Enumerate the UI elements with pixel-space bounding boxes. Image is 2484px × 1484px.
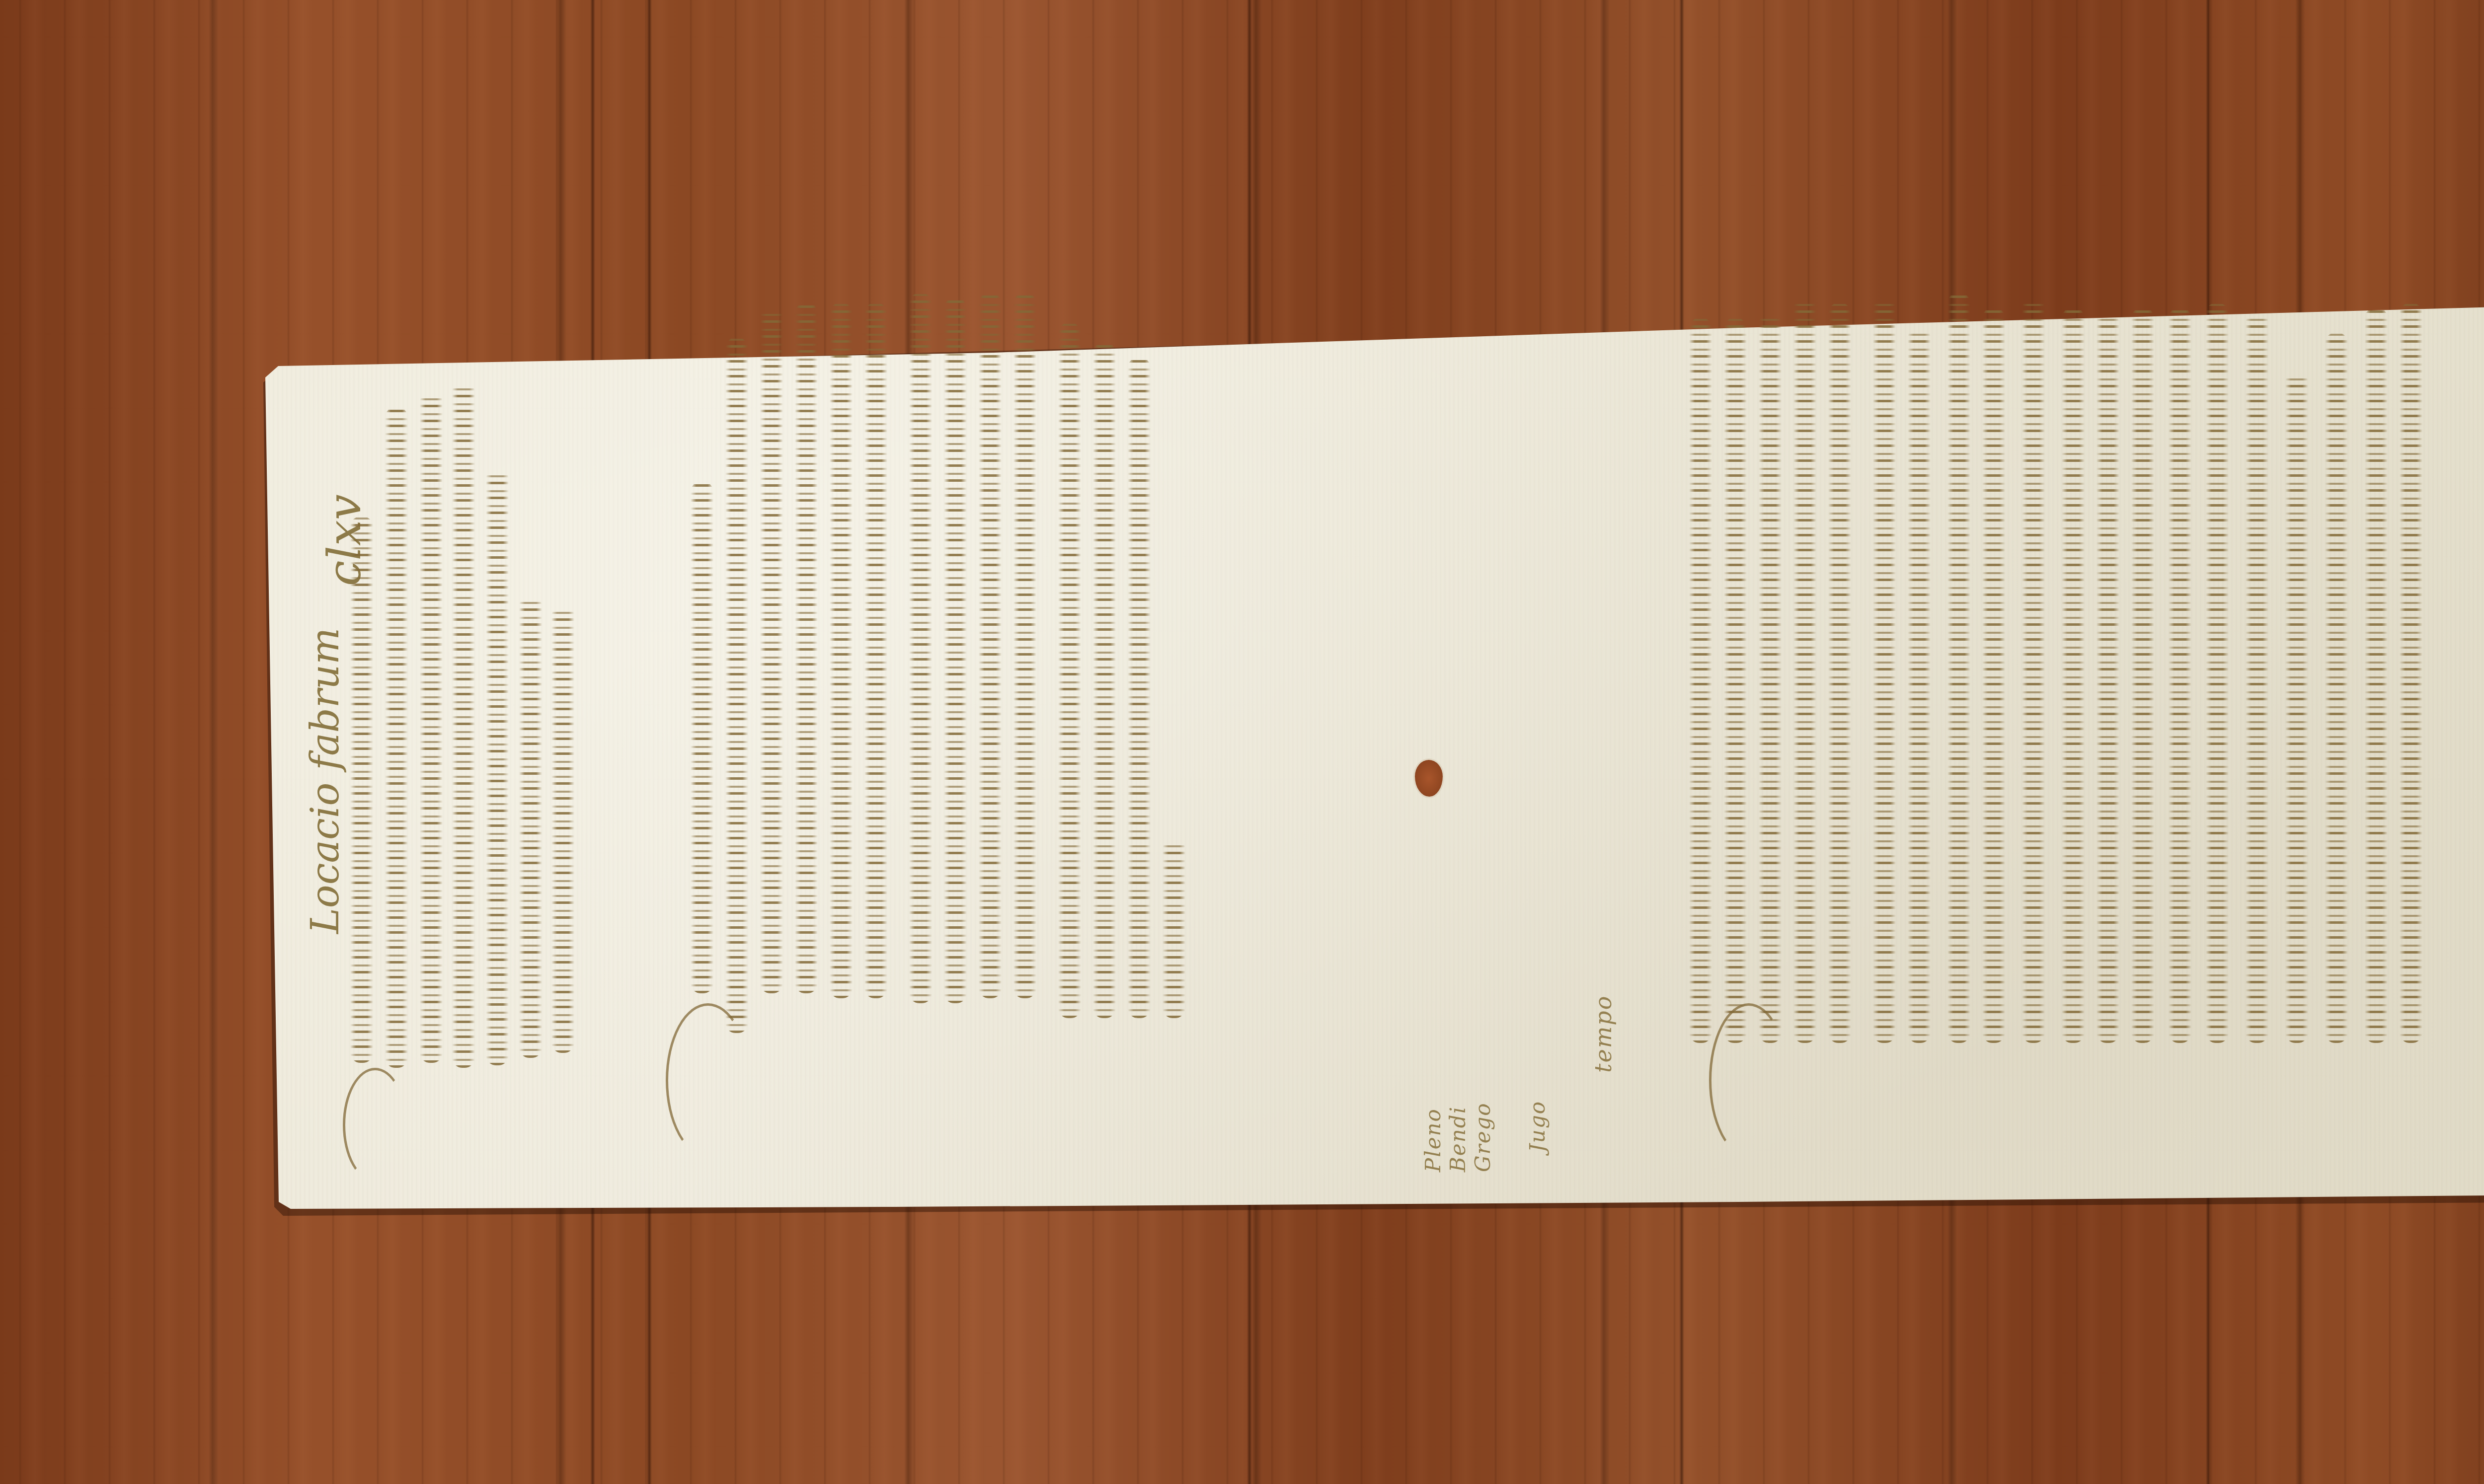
- marginal-note: Grego: [1471, 1102, 1495, 1172]
- handwritten-line: [1093, 343, 1116, 1018]
- handwritten-line: [2131, 308, 2154, 1043]
- handwritten-line: [795, 303, 818, 993]
- handwritten-line: [1873, 298, 1896, 1043]
- handwritten-line: [979, 293, 1002, 998]
- marginal-note: tempo: [1590, 995, 1617, 1073]
- handwritten-line: [385, 407, 408, 1068]
- handwritten-line: [1128, 358, 1151, 1018]
- initial-flourish: [343, 1068, 407, 1182]
- handwritten-line: [2246, 313, 2268, 1043]
- handwritten-line: [2325, 333, 2348, 1043]
- handwritten-line: [420, 392, 443, 1063]
- handwritten-line: [2400, 303, 2422, 1043]
- handwritten-line: [486, 469, 509, 1065]
- handwritten-line: [864, 303, 887, 998]
- handwritten-line: [1947, 293, 1970, 1043]
- handwritten-line: [1828, 303, 1851, 1043]
- handwritten-line: [1759, 313, 1782, 1043]
- handwritten-line: [2169, 308, 2191, 1043]
- handwritten-line: [2365, 308, 2388, 1043]
- handwritten-line: [452, 382, 475, 1068]
- handwritten-line: [350, 517, 373, 1063]
- handwritten-line: [760, 308, 783, 993]
- handwritten-line: [691, 482, 713, 993]
- handwritten-line: [1058, 323, 1081, 1018]
- handwritten-line: [1982, 308, 2005, 1043]
- handwritten-line: [2206, 303, 2229, 1043]
- handwritten-line: [830, 303, 853, 998]
- handwritten-line: [725, 338, 748, 1033]
- marginal-note: Jugo: [1525, 1101, 1550, 1152]
- handwritten-line: [2022, 298, 2045, 1043]
- handwritten-line: [2096, 313, 2119, 1043]
- handwritten-line: [1013, 293, 1036, 998]
- handwritten-line: [2285, 372, 2308, 1043]
- handwritten-line: [1163, 839, 1185, 1018]
- handwritten-line: [1689, 318, 1712, 1043]
- handwritten-line: [551, 606, 574, 1053]
- handwritten-line: [2062, 308, 2085, 1043]
- handwritten-line: [1724, 318, 1747, 1043]
- marginal-note: Pleno: [1421, 1108, 1445, 1172]
- handwritten-line: [519, 596, 542, 1058]
- handwritten-line: [1908, 328, 1931, 1043]
- handwritten-line: [909, 293, 932, 1003]
- marginal-note: Bendi: [1446, 1106, 1470, 1172]
- document-heading: Locacio fabrum: [303, 628, 348, 934]
- handwritten-line: [1793, 298, 1816, 1043]
- manuscript-leaf: Locacio fabrum clxv Pleno Bendi Grego Ju…: [0, 0, 2484, 1484]
- handwritten-line: [944, 298, 967, 1003]
